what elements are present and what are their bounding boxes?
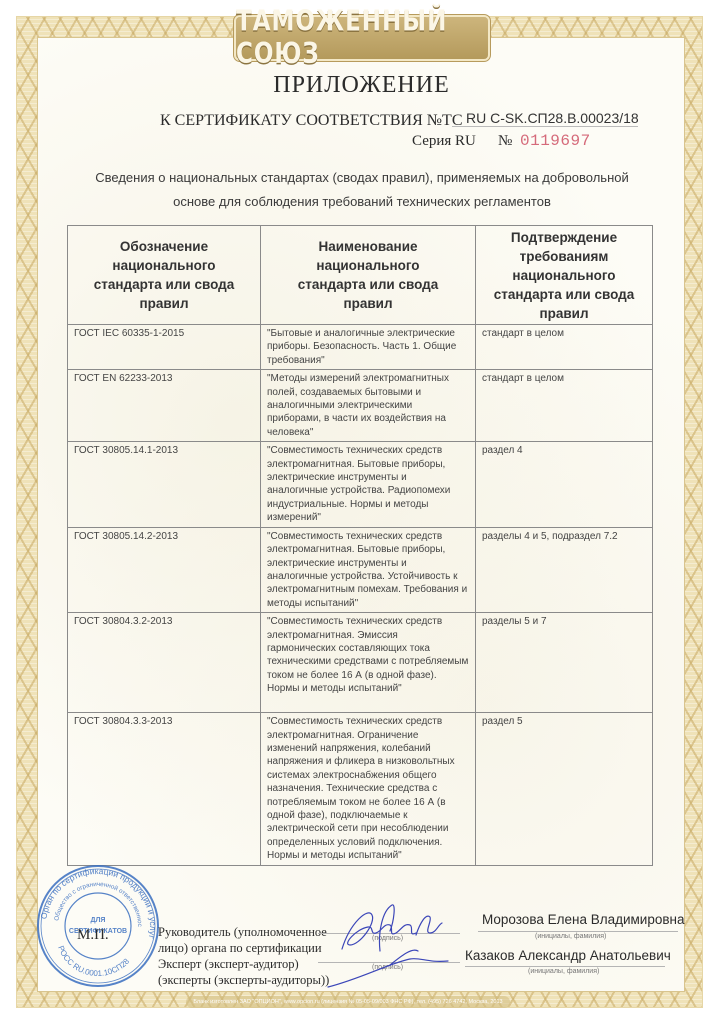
column-header-name: Наименование национального стандарта или… xyxy=(261,226,476,325)
certificate-label: К СЕРТИФИКАТУ СООТВЕТСТВИЯ №ТС xyxy=(160,112,462,130)
standard-name: "Совместимость технических средств элект… xyxy=(261,713,476,865)
expert-role-label: Эксперт (эксперт-аудитор) (эксперты (экс… xyxy=(158,956,329,988)
standard-name: "Совместимость технических средств элект… xyxy=(261,442,476,527)
head-signature xyxy=(320,893,470,993)
number-sign: № xyxy=(498,133,512,150)
column-header-designation: Обозначение национального стандарта или … xyxy=(68,226,261,325)
table-header-row: Обозначение национального стандарта или … xyxy=(68,226,653,325)
table-row: ГОСТ 30804.3.2-2013"Совместимость технич… xyxy=(68,613,653,713)
certificate-underline xyxy=(452,126,638,127)
standard-confirmation: разделы 5 и 7 xyxy=(476,613,653,713)
stamp-bottom-text: РОСС RU.0001.10СП28 xyxy=(56,944,131,978)
stamp-place-label: М.П. xyxy=(77,927,109,944)
standard-name: "Методы измерений электромагнитных полей… xyxy=(261,370,476,442)
emblem-text: ТАМОЖЕННЫЙ СОЮЗ xyxy=(236,6,488,71)
table-row: ГОСТ 30805.14.1-2013"Совместимость техни… xyxy=(68,442,653,527)
table-row: ГОСТ IEC 60335-1-2015"Бытовые и аналогич… xyxy=(68,325,653,370)
column-header-confirmation: Подтверждение требованиям национального … xyxy=(476,226,653,325)
standard-confirmation: разделы 4 и 5, подраздел 7.2 xyxy=(476,527,653,612)
certificate-number: RU C-SK.СП28.В.00023/18 xyxy=(466,110,639,126)
document-title: ПРИЛОЖЕНИЕ xyxy=(0,72,723,99)
certification-body-stamp: Орган по сертификации продукции и услуг … xyxy=(36,864,160,988)
form-number: 0119697 xyxy=(520,132,591,150)
standard-name: "Совместимость технических средств элект… xyxy=(261,527,476,612)
standard-designation: ГОСТ 30805.14.1-2013 xyxy=(68,442,261,527)
standard-confirmation: раздел 5 xyxy=(476,713,653,865)
head-name: Морозова Елена Владимировна xyxy=(482,912,684,927)
head-name-line xyxy=(478,931,678,932)
customs-union-emblem: ТАМОЖЕННЫЙ СОЮЗ xyxy=(236,17,488,59)
standard-designation: ГОСТ EN 62233-2013 xyxy=(68,370,261,442)
intro-line-1: Сведения о национальных стандартах (свод… xyxy=(60,166,664,190)
standard-confirmation: стандарт в целом xyxy=(476,325,653,370)
intro-text: Сведения о национальных стандартах (свод… xyxy=(60,166,664,214)
standard-confirmation: стандарт в целом xyxy=(476,370,653,442)
standard-designation: ГОСТ 30804.3.2-2013 xyxy=(68,613,261,713)
table-row: ГОСТ 30805.14.2-2013"Совместимость техни… xyxy=(68,527,653,612)
form-series: Серия RU № 0119697 xyxy=(412,133,476,150)
intro-line-2: основе для соблюдения требований техниче… xyxy=(60,190,664,214)
table-row: ГОСТ EN 62233-2013"Методы измерений элек… xyxy=(68,370,653,442)
table-row: ГОСТ 30804.3.3-2013"Совместимость технич… xyxy=(68,713,653,865)
expert-name: Казаков Александр Анатольевич xyxy=(465,948,671,963)
standard-designation: ГОСТ 30804.3.3-2013 xyxy=(68,713,261,865)
expert-name-caption: (инициалы, фамилия) xyxy=(528,968,599,975)
standards-table: Обозначение национального стандарта или … xyxy=(67,225,653,866)
printer-note: Бланк изготовлен ЗАО "ОПЦИОН", www.opcio… xyxy=(186,996,510,1008)
standard-name: "Бытовые и аналогичные электрические при… xyxy=(261,325,476,370)
standard-confirmation: раздел 4 xyxy=(476,442,653,527)
head-role-label: Руководитель (уполномоченное лицо) орган… xyxy=(158,924,327,956)
svg-text:ДЛЯ: ДЛЯ xyxy=(91,917,106,924)
standard-designation: ГОСТ 30805.14.2-2013 xyxy=(68,527,261,612)
standard-name: "Совместимость технических средств элект… xyxy=(261,613,476,713)
expert-name-line xyxy=(465,966,665,967)
series-label: Серия RU xyxy=(412,133,476,149)
standard-designation: ГОСТ IEC 60335-1-2015 xyxy=(68,325,261,370)
head-name-caption: (инициалы, фамилия) xyxy=(535,933,606,940)
